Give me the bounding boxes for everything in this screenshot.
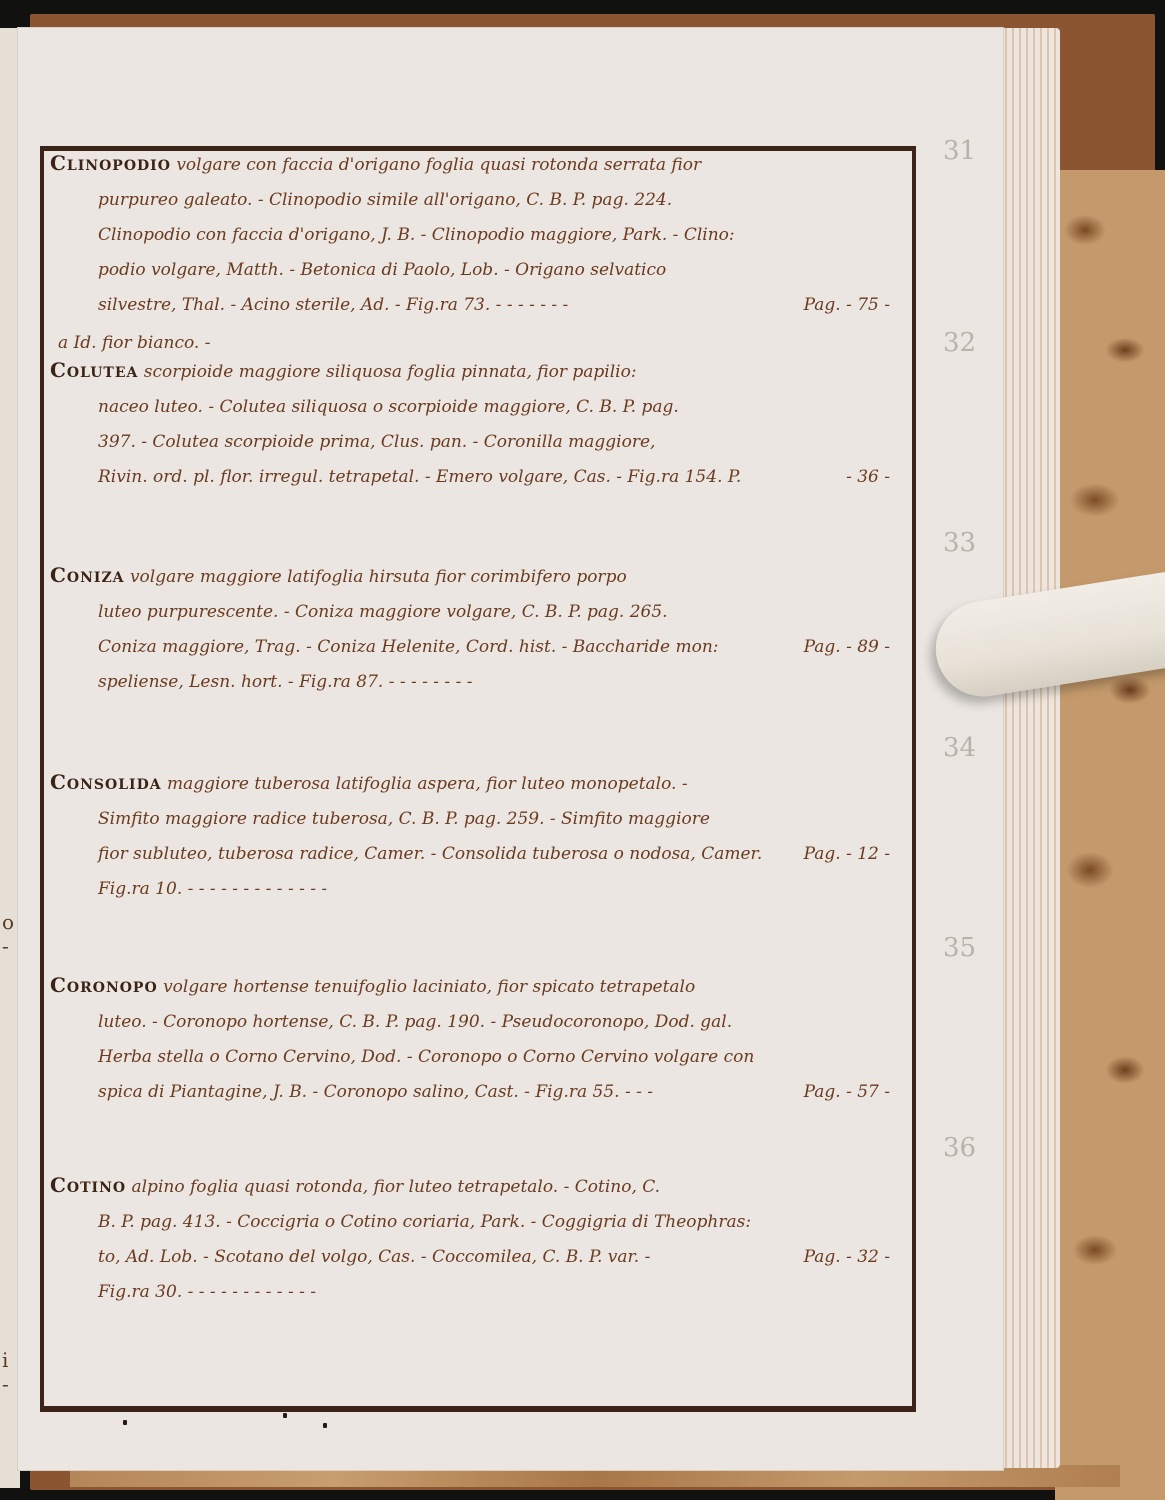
entry-cotino: Cotino alpino foglia quasi rotonda, fior… bbox=[50, 1168, 900, 1310]
ghost-number: 31 bbox=[943, 136, 976, 166]
entry-text: luteo. - Coronopo hortense, C. B. P. pag… bbox=[50, 1005, 900, 1040]
headword: Coniza bbox=[50, 563, 125, 587]
headword: Cotino bbox=[50, 1173, 126, 1197]
entry-colutea: Colutea scorpioide maggiore siliquosa fo… bbox=[50, 353, 900, 495]
entry-text: volgare maggiore latifoglia hirsuta fior… bbox=[130, 567, 627, 587]
entry-text: 397. - Colutea scorpioide prima, Clus. p… bbox=[50, 425, 900, 460]
entry-text: purpureo galeato. - Clinopodio simile al… bbox=[50, 183, 900, 218]
ghost-number: 36 bbox=[943, 1133, 976, 1163]
entry-text: Rivin. ord. pl. flor. irregul. tetrapeta… bbox=[98, 467, 741, 487]
page-reference: Pag. - 57 - bbox=[804, 1075, 900, 1110]
manuscript-page: 31 32 33 34 35 36 Clinopodio volgare con… bbox=[18, 28, 1003, 1470]
headword: Coronopo bbox=[50, 973, 158, 997]
entry-text: Fig.ra 10. - - - - - - - - - - - - - bbox=[50, 872, 900, 907]
entry-text: B. P. pag. 413. - Coccigria o Cotino cor… bbox=[50, 1205, 900, 1240]
entry-text: Clinopodio con faccia d'origano, J. B. -… bbox=[50, 218, 900, 253]
entry-text: scorpioide maggiore siliquosa foglia pin… bbox=[144, 362, 637, 382]
headword: Colutea bbox=[50, 358, 138, 382]
page-reference: Pag. - 32 - bbox=[804, 1240, 900, 1275]
entry-text: volgare con faccia d'origano foglia quas… bbox=[176, 155, 701, 175]
entry-text: silvestre, Thal. - Acino sterile, Ad. - … bbox=[98, 295, 568, 315]
page-reference: Pag. - 75 - bbox=[804, 288, 900, 323]
entry-text: spica di Piantagine, J. B. - Coronopo sa… bbox=[98, 1082, 653, 1102]
entry-text: Fig.ra 30. - - - - - - - - - - - - bbox=[50, 1275, 900, 1310]
entry-text: fior subluteo, tuberosa radice, Camer. -… bbox=[98, 844, 762, 864]
page-reference: Pag. - 12 - bbox=[804, 837, 900, 872]
entry-text: luteo purpurescente. - Coniza maggiore v… bbox=[50, 595, 900, 630]
ghost-number: 35 bbox=[943, 933, 976, 963]
note-line: a Id. fior bianco. - bbox=[58, 333, 210, 353]
entry-text: Simfito maggiore radice tuberosa, C. B. … bbox=[50, 802, 900, 837]
entry-coniza: Coniza volgare maggiore latifoglia hirsu… bbox=[50, 558, 900, 700]
headword: Clinopodio bbox=[50, 151, 171, 175]
entry-clinopodio: Clinopodio volgare con faccia d'origano … bbox=[50, 146, 900, 323]
entry-text: volgare hortense tenuifoglio laciniato, … bbox=[163, 977, 695, 997]
entry-text: maggiore tuberosa latifoglia aspera, fio… bbox=[167, 774, 688, 794]
page-reference: - 36 - bbox=[846, 460, 900, 495]
ghost-number: 34 bbox=[943, 733, 976, 763]
entry-text: podio volgare, Matth. - Betonica di Paol… bbox=[50, 253, 900, 288]
entry-text: Coniza maggiore, Trag. - Coniza Helenite… bbox=[98, 637, 719, 657]
entry-text: Herba stella o Corno Cervino, Dod. - Cor… bbox=[50, 1040, 900, 1075]
ghost-number: 33 bbox=[943, 528, 976, 558]
page-stack bbox=[1000, 28, 1060, 1468]
page-reference: Pag. - 89 - bbox=[804, 630, 900, 665]
entry-text: alpino foglia quasi rotonda, fior luteo … bbox=[131, 1177, 660, 1197]
entry-text: speliense, Lesn. hort. - Fig.ra 87. - - … bbox=[50, 665, 900, 700]
entry-text: naceo luteo. - Colutea siliquosa o scorp… bbox=[50, 390, 900, 425]
entry-consolida: Consolida maggiore tuberosa latifoglia a… bbox=[50, 765, 900, 907]
left-page-edge: o - i - bbox=[0, 28, 20, 1488]
ghost-number: 32 bbox=[943, 328, 976, 358]
entry-text: to, Ad. Lob. - Scotano del volgo, Cas. -… bbox=[98, 1247, 650, 1267]
marbled-edge bbox=[1055, 170, 1165, 1500]
entry-coronopo: Coronopo volgare hortense tenuifoglio la… bbox=[50, 968, 900, 1110]
headword: Consolida bbox=[50, 770, 162, 794]
